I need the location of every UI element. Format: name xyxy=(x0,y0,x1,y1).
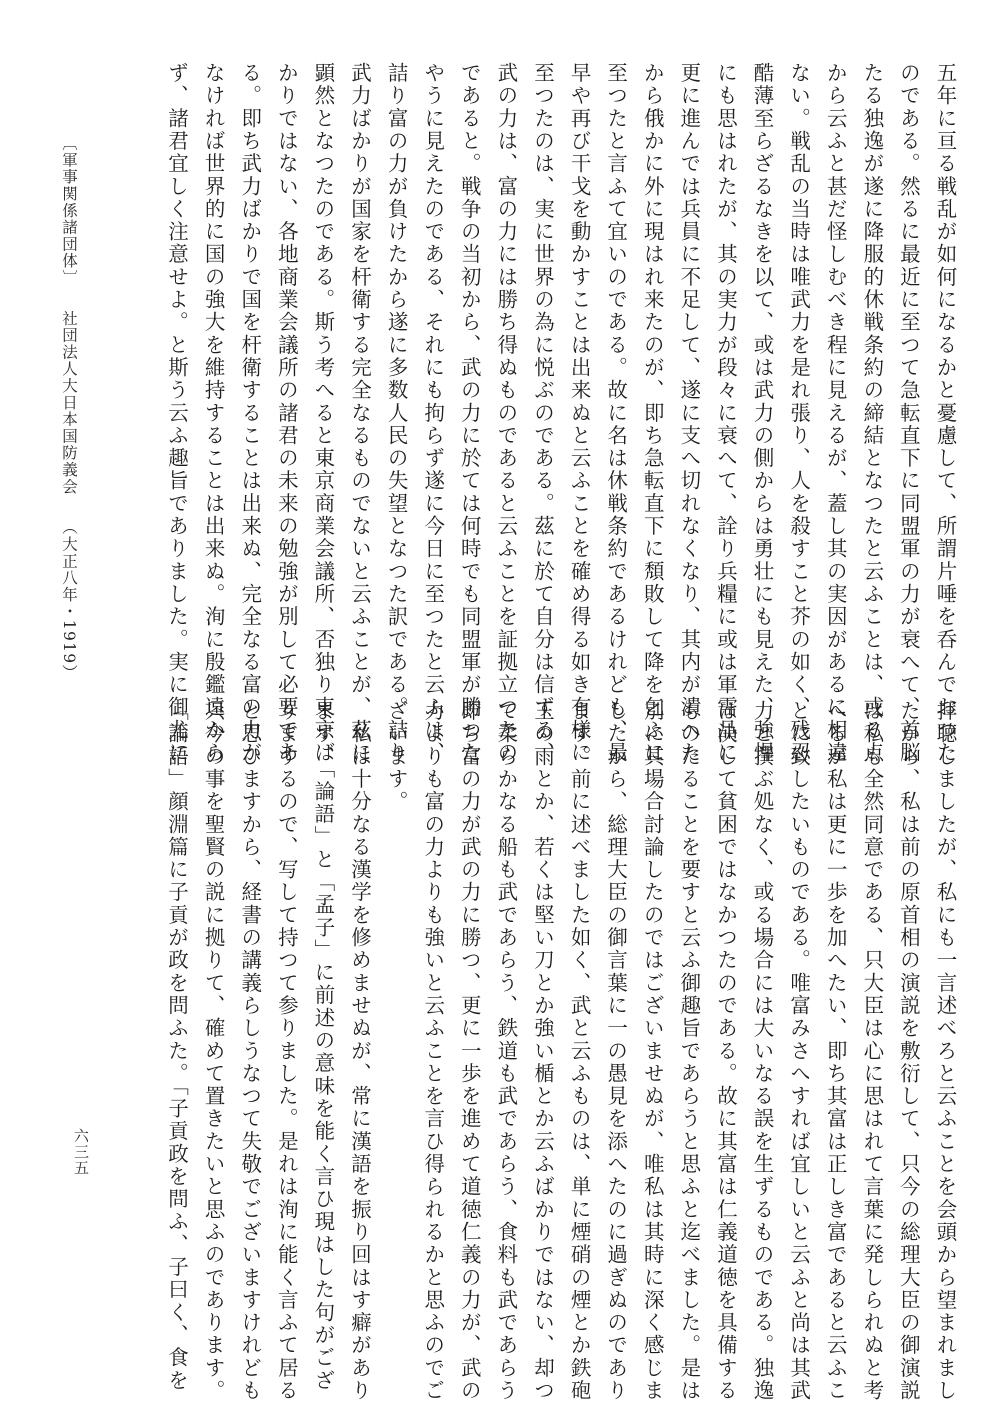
text-column: 至つたと言ふて宜いのである。故に名は休戦条約であるけれども、最 xyxy=(597,62,634,662)
upper-text-tier: 五年に亘る戦乱が如何になるかと憂慮して、所謂片唾を呑んでおつた のである。然るに… xyxy=(158,62,963,662)
text-column: は決して貧困ではなかつたのである。故に其富は仁義道徳を具備する xyxy=(707,700,744,1300)
text-column: る。即ち武力ばかりで国を杆衛することは出来ぬ、完全なる富の力が xyxy=(231,62,268,662)
text-column: やうに見えたのである、それにも拘らず遂に今日に至つたと云ふは、 xyxy=(414,62,451,662)
text-column: へるが私は更に一歩を加へたい、即ち其富は正しき富であると云ふこ xyxy=(817,700,854,1300)
text-column: 早や再び干戈を動かすことは出来ぬと云ふことを確め得る如き有様に xyxy=(560,62,597,662)
text-column: 更に進んでは兵員に不足して、遂に支へ切れなくなり、其内が潰へた xyxy=(670,62,707,662)
text-column: のである。然るに最近に至つて急転直下に同盟軍の力が衰へて、首脳 xyxy=(890,62,927,662)
text-column: ものたることを要すと云ふ御趣旨であらうと思ふと迄べました。是は xyxy=(670,700,707,1300)
organization-name: 社団法人大日本国防義会 xyxy=(60,310,78,495)
text-column: と思ひますから、経書の講義らしうなつて失敬でございますけれども xyxy=(231,700,268,1300)
text-column: ざいます。 xyxy=(378,700,415,1300)
text-column: ず、諸君宜しく注意せよ。と斯う云ふ趣旨でありました。実に御尤に xyxy=(158,62,195,662)
text-column: かりではない、各地商業会議所の諸君の未来の勉強が別して必要であ xyxy=(268,62,305,662)
text-column: から俄かに外に現はれ来たのが、即ち急転直下に頽敗して降を乞ふに xyxy=(634,62,671,662)
text-column: 私は十分なる漢学を修めませぬが、常に漢語を振り回はす癖があり xyxy=(341,700,378,1300)
source-date: （大正八年・1919） xyxy=(60,519,78,681)
text-column: りまするので、写して持つて参りました。是れは洵に能く言ふて居る xyxy=(268,700,305,1300)
text-column: 只今の事を聖賢の説に拠りて、確めて置きたいと思ふのであります。 xyxy=(195,700,232,1300)
text-column: 即ち富の力が武の力に勝つ、更に一歩を進めて道徳仁義の力が、武の xyxy=(451,700,488,1300)
text-column: 五年に亘る戦乱が如何になるかと憂慮して、所謂片唾を呑んでおつた xyxy=(926,62,963,662)
text-column: て柔らかなる船も武であらう、鉄道も武であらう、食料も武であらう xyxy=(487,700,524,1300)
text-column: ます。前に述べました如く、武と云ふものは、単に煙硝の煙とか鉄砲 xyxy=(560,700,597,1300)
text-column: であると。戦争の当初から、武の力に於ては何時でも同盟軍が勝つた xyxy=(451,62,488,662)
text-column: 顕然となつたのである。斯う考へると東京商業会議所、否独り東京ば xyxy=(304,62,341,662)
text-column: 別に其場合討論したのではございませぬが、唯私は其時に深く感じま xyxy=(634,700,671,1300)
lower-text-tier: 拝聴しましたが、私にも一言述べろと云ふことを会頭から望まれまし たから、私は前の… xyxy=(158,700,963,1300)
text-column: にも思はれたが、其の実力が段々に衰へて、詮り兵糧に或は軍需品に xyxy=(707,62,744,662)
text-column: したから、総理大臣の御言葉に一の愚見を添へたのに過ぎぬのであり xyxy=(597,700,634,1300)
text-column: は私も全然同意である、只大臣は心に思はれて言葉に発しられぬと考 xyxy=(853,700,890,1300)
text-column: 武力ばかりが国家を杆衛する完全なるものでないと云ふことが、茲に xyxy=(341,62,378,662)
page-number: 六三五 xyxy=(71,1128,92,1176)
text-column: なければ世界的に国の強大を維持することは出来ぬ。洵に殷鑑遠から xyxy=(195,62,232,662)
text-column: 拝聴しましたが、私にも一言述べろと云ふことを会頭から望まれまし xyxy=(926,700,963,1300)
section-label: 〔軍事関係諸団体〕 xyxy=(60,135,78,286)
text-column: から云ふと甚だ怪しむべき程に見えるが、蓋し其の実因があるに相違 xyxy=(817,62,854,662)
text-column: 武の力は、富の力には勝ち得ぬものであると云ふことを証拠立つたの xyxy=(487,62,524,662)
text-column: とに致したいものである。唯富みさへすれば宜しいと云ふと尚は其武 xyxy=(780,700,817,1300)
text-column: ます、「論語」と「孟子」に前述の意味を能く言ひ現はした句がござ xyxy=(304,700,341,1300)
text-column: 力と撰ぶ処なく、或る場合には大いなる誤を生ずるものである。独逸 xyxy=(743,700,780,1300)
text-column: 至つたのは、実に世界の為に悦ぶのである。茲に於て自分は信ずる、 xyxy=(524,62,561,662)
text-column: ない。戦乱の当時は唯武力を是れ張り、人を殺すこと芥の如く、残忍 xyxy=(780,62,817,662)
text-column: たから、私は前の原首相の演説を敷衍して、只今の総理大臣の御演説 xyxy=(890,700,927,1300)
source-footer: 〔軍事関係諸団体〕社団法人大日本国防義会（大正八年・1919） xyxy=(58,135,80,681)
text-column: 酷薄至らざるなきを以て、或は武力の側からは勇壮にも見えた、強悍 xyxy=(743,62,780,662)
text-column: 詰り富の力が負けたから遂に多数人民の失望となつた訳である。詰り xyxy=(378,62,415,662)
text-column: 力よりも富の力よりも強いと云ふことを言ひ得られるかと思ふのでご xyxy=(414,700,451,1300)
text-column: たる独逸が遂に降服的休戦条約の締結となつたと云ふことは、或る点 xyxy=(853,62,890,662)
text-column: 玉の雨とか、若くは堅い刀とか強い楯とか云ふばかりではない、却つ xyxy=(524,700,561,1300)
text-column: 「論語」顔淵篇に子貢が政を問ふた。「子貢政を問ふ、子曰く、食を xyxy=(158,700,195,1300)
